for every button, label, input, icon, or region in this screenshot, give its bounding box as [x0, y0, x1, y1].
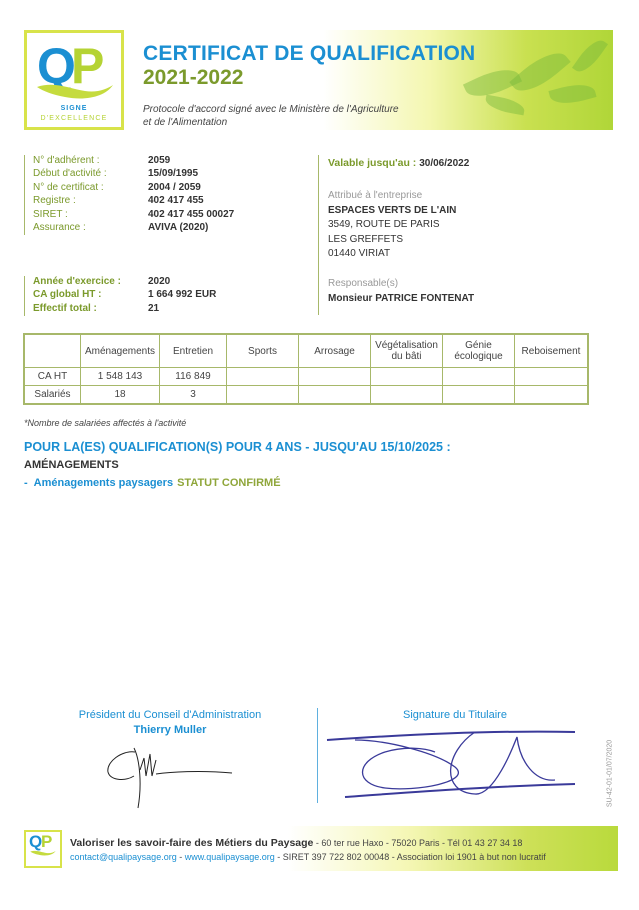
validity-date: 30/06/2022: [419, 158, 469, 169]
info-row: N° d'adhérent :2059: [33, 155, 234, 168]
info-label: SIRET :: [33, 209, 148, 222]
info-row: Année d'exercice :2020: [33, 276, 216, 289]
table-header-row: Aménagements Entretien Sports Arrosage V…: [24, 334, 588, 368]
company-address-2: LES GREFFETS: [328, 233, 456, 248]
leaf-decoration: [548, 79, 596, 108]
qualification-name: Aménagements paysagers: [34, 477, 173, 489]
table-cell: 3: [160, 386, 227, 405]
info-row: Assurance :AVIVA (2020): [33, 222, 234, 235]
info-row: Registre :402 417 455: [33, 195, 234, 208]
footer-logo: Q P: [24, 830, 62, 868]
wave-icon: [29, 849, 57, 857]
certificate-title: CERTIFICAT DE QUALIFICATION: [143, 42, 475, 66]
certificate-years: 2021-2022: [143, 66, 243, 90]
info-label: CA global HT :: [33, 289, 148, 302]
table-cell: [515, 386, 589, 405]
president-name: Thierry Muller: [40, 724, 300, 736]
info-label: Effectif total :: [33, 303, 148, 316]
president-title: Président du Conseil d'Administration: [40, 709, 300, 721]
info-value: AVIVA (2020): [148, 222, 208, 235]
validity: Valable jusqu'au : 30/06/2022: [328, 157, 469, 169]
info-row: Effectif total :21: [33, 303, 216, 316]
member-info: N° d'adhérent :2059 Début d'activité :15…: [24, 155, 234, 235]
table-header-cell: Génie écologique: [443, 334, 515, 368]
info-value: 1 664 992 EUR: [148, 289, 216, 302]
info-value: 2059: [148, 155, 170, 168]
protocol-line-2: et de l'Alimentation: [143, 116, 443, 129]
table-header-cell: Aménagements: [81, 334, 160, 368]
leaf-decoration: [572, 35, 608, 77]
footer-email-link[interactable]: contact@qualipaysage.org: [70, 852, 177, 862]
column-divider: [318, 155, 319, 315]
table-cell: [371, 386, 443, 405]
president-signature: [100, 740, 240, 810]
info-label: Assurance :: [33, 222, 148, 235]
table-cell: [227, 368, 299, 386]
table-cell: [515, 368, 589, 386]
info-value: 2004 / 2059: [148, 182, 201, 195]
table-cell: [443, 386, 515, 405]
info-label: Année d'exercice :: [33, 276, 148, 289]
table-header-cell: Végétalisation du bâti: [371, 334, 443, 368]
protocol-line-1: Protocole d'accord signé avec le Ministè…: [143, 103, 443, 116]
company-address-3: 01440 VIRIAT: [328, 247, 456, 262]
document-reference: SU-42-01-01/07/2020: [607, 724, 614, 824]
qualification-category: AMÉNAGEMENTS: [24, 459, 119, 471]
info-label: Début d'activité :: [33, 168, 148, 181]
responsible-block: Responsable(s) Monsieur PATRICE FONTENAT: [328, 277, 474, 306]
logo-text-excellence: D'EXCELLENCE: [27, 115, 121, 122]
attributed-label: Attribué à l'entreprise: [328, 189, 456, 204]
info-value: 15/09/1995: [148, 168, 198, 181]
protocol-text: Protocole d'accord signé avec le Ministè…: [143, 103, 443, 129]
qualification-status: STATUT CONFIRMÉ: [177, 477, 280, 489]
holder-signature: [325, 722, 585, 807]
table-cell: 18: [81, 386, 160, 405]
signature-divider: [317, 708, 318, 803]
activity-table: Aménagements Entretien Sports Arrosage V…: [23, 333, 589, 405]
table-cell: [299, 368, 371, 386]
leaf-decoration: [484, 95, 526, 116]
table-cell: 1 548 143: [81, 368, 160, 386]
info-row: CA global HT :1 664 992 EUR: [33, 289, 216, 302]
table-cell: [443, 368, 515, 386]
company-block: Attribué à l'entreprise ESPACES VERTS DE…: [328, 189, 456, 262]
logo-text-signe: SIGNE: [27, 105, 121, 112]
info-row: SIRET :402 417 455 00027: [33, 209, 234, 222]
wave-icon: [35, 79, 115, 103]
info-row: Début d'activité :15/09/1995: [33, 168, 234, 181]
validity-label: Valable jusqu'au :: [328, 157, 416, 169]
footer-tagline: Valoriser les savoir-faire des Métiers d…: [70, 837, 313, 849]
responsible-name: Monsieur PATRICE FONTENAT: [328, 292, 474, 307]
footer-legal: - SIRET 397 722 802 00048 - Association …: [275, 852, 546, 862]
table-header-cell: Sports: [227, 334, 299, 368]
holder-title: Signature du Titulaire: [330, 709, 580, 721]
info-label: N° de certificat :: [33, 182, 148, 195]
info-label: Registre :: [33, 195, 148, 208]
info-value: 21: [148, 303, 159, 316]
table-cell: 116 849: [160, 368, 227, 386]
exercise-info: Année d'exercice :2020 CA global HT :1 6…: [24, 276, 216, 316]
separator: -: [177, 852, 185, 862]
info-value: 2020: [148, 276, 170, 289]
table-header-cell: Arrosage: [299, 334, 371, 368]
row-label: Salariés: [24, 386, 81, 405]
table-row: CA HT 1 548 143 116 849: [24, 368, 588, 386]
company-address-1: 3549, ROUTE DE PARIS: [328, 218, 456, 233]
responsible-label: Responsable(s): [328, 277, 474, 292]
footer-line-1: Valoriser les savoir-faire des Métiers d…: [70, 837, 522, 849]
employee-note: *Nombre de salariées affectés à l'activi…: [24, 418, 186, 428]
qualification-item: -Aménagements paysagersSTATUT CONFIRMÉ: [24, 477, 281, 489]
table-cell: [299, 386, 371, 405]
footer-line-2: contact@qualipaysage.org - www.qualipays…: [70, 852, 546, 862]
qp-logo: Q P SIGNE D'EXCELLENCE: [24, 30, 124, 130]
company-name: ESPACES VERTS DE L'AIN: [328, 204, 456, 219]
table-header-cell: [24, 334, 81, 368]
table-cell: [227, 386, 299, 405]
row-label: CA HT: [24, 368, 81, 386]
table-cell: [371, 368, 443, 386]
info-row: N° de certificat :2004 / 2059: [33, 182, 234, 195]
table-header-cell: Reboisement: [515, 334, 589, 368]
info-value: 402 417 455: [148, 195, 204, 208]
qualifications-title: POUR LA(ES) QUALIFICATION(S) POUR 4 ANS …: [24, 440, 451, 454]
table-row: Salariés 18 3: [24, 386, 588, 405]
info-label: N° d'adhérent :: [33, 155, 148, 168]
bullet: -: [24, 477, 28, 489]
footer-address: - 60 ter rue Haxo - 75020 Paris - Tél 01…: [313, 838, 522, 848]
table-header-cell: Entretien: [160, 334, 227, 368]
footer-website-link[interactable]: www.qualipaysage.org: [185, 852, 275, 862]
info-value: 402 417 455 00027: [148, 209, 234, 222]
